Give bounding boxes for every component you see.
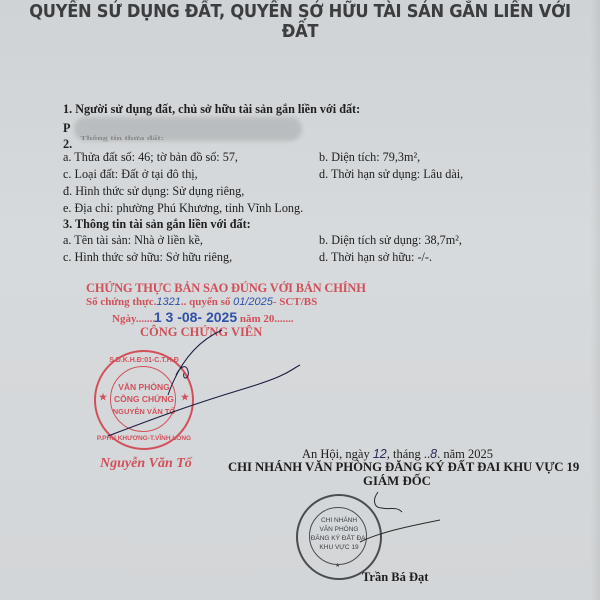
document-page: QUYỀN SỬ DỤNG ĐẤT, QUYỀN SỞ HỮU TÀI SẢN … xyxy=(0,0,600,600)
handwritten-signatures xyxy=(0,0,600,600)
